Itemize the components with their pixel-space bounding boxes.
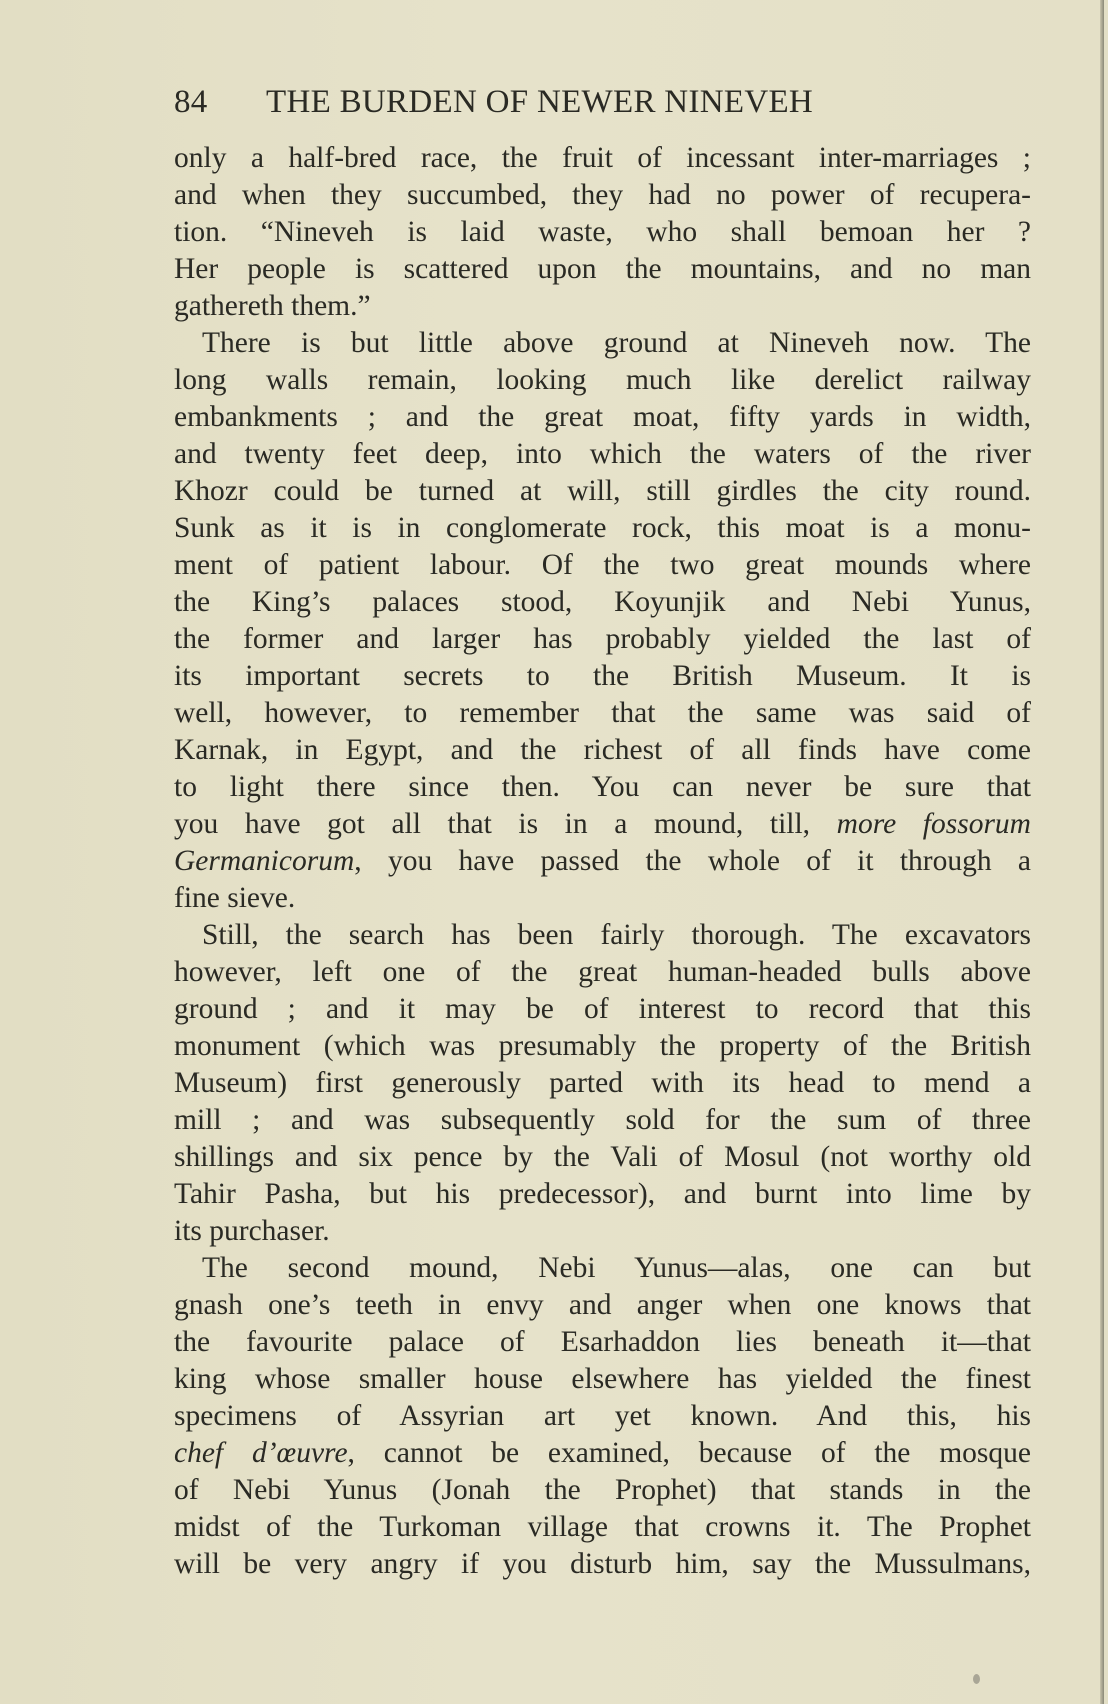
line-text: , you have passed the whole of it throug… [354, 845, 1031, 877]
text-line: its purchaser. [174, 1213, 1031, 1250]
text-line: you have got all that is in a mound, til… [174, 806, 1031, 843]
text-line: fine sieve. [174, 880, 1031, 917]
text-line: ground ; and it may be of interest to re… [174, 991, 1031, 1028]
page-edge [1100, 0, 1104, 1704]
italic-phrase: chef d’œuvre [174, 1437, 348, 1469]
text-line: and twenty feet deep, into which the wat… [174, 436, 1031, 473]
running-head: 84THE BURDEN OF NEWER NINEVEH [174, 80, 1034, 124]
text-line: the favourite palace of Esarhaddon lies … [174, 1324, 1031, 1361]
italic-phrase: more fossorum [837, 808, 1031, 840]
text-line: ment of patient labour. Of the two great… [174, 547, 1031, 584]
paragraph-start-line: The second mound, Nebi Yunus—alas, one c… [174, 1250, 1031, 1287]
text-line: its important secrets to the British Mus… [174, 658, 1031, 695]
text-line: the former and larger has probably yield… [174, 621, 1031, 658]
text-line: monument (which was presumably the prope… [174, 1028, 1031, 1065]
text-line: specimens of Assyrian art yet known. And… [174, 1398, 1031, 1435]
text-line: well, however, to remember that the same… [174, 695, 1031, 732]
text-line: will be very angry if you disturb him, s… [174, 1546, 1031, 1583]
text-line: king whose smaller house elsewhere has y… [174, 1361, 1031, 1398]
paragraph-start-line: There is but little above ground at Nine… [174, 325, 1031, 362]
text-line: however, left one of the great human-hea… [174, 954, 1031, 991]
line-text: you have got all that is in a mound, til… [174, 808, 837, 840]
text-line: only a half-bred race, the fruit of ince… [174, 140, 1031, 177]
text-line: mill ; and was subsequently sold for the… [174, 1102, 1031, 1139]
book-page: 84THE BURDEN OF NEWER NINEVEH only a hal… [0, 0, 1104, 1704]
paper-speck [973, 1674, 980, 1684]
text-line: Germanicorum, you have passed the whole … [174, 843, 1031, 880]
paragraph-start-line: Still, the search has been fairly thorou… [174, 917, 1031, 954]
text-line: and when they succumbed, they had no pow… [174, 177, 1031, 214]
page-number: 84 [174, 80, 266, 124]
text-line: long walls remain, looking much like der… [174, 362, 1031, 399]
text-line: Her people is scattered upon the mountai… [174, 251, 1031, 288]
text-line: gathereth them.” [174, 288, 1031, 325]
text-line: gnash one’s teeth in envy and anger when… [174, 1287, 1031, 1324]
text-line: Khozr could be turned at will, still gir… [174, 473, 1031, 510]
text-line: Tahir Pasha, but his predecessor), and b… [174, 1176, 1031, 1213]
running-title: THE BURDEN OF NEWER NINEVEH [266, 80, 813, 124]
text-line: shillings and six pence by the Vali of M… [174, 1139, 1031, 1176]
body-text: only a half-bred race, the fruit of ince… [174, 140, 1031, 1583]
text-line: the King’s palaces stood, Koyunjik and N… [174, 584, 1031, 621]
text-line: Sunk as it is in conglomerate rock, this… [174, 510, 1031, 547]
text-line: of Nebi Yunus (Jonah the Prophet) that s… [174, 1472, 1031, 1509]
line-text: , cannot be examined, because of the mos… [348, 1437, 1031, 1469]
text-line: Museum) first generously parted with its… [174, 1065, 1031, 1102]
italic-phrase: Germanicorum [174, 845, 354, 877]
text-line: tion. “Nineveh is laid waste, who shall … [174, 214, 1031, 251]
text-line: chef d’œuvre, cannot be examined, becaus… [174, 1435, 1031, 1472]
text-line: midst of the Turkoman village that crown… [174, 1509, 1031, 1546]
text-line: to light there since then. You can never… [174, 769, 1031, 806]
text-line: Karnak, in Egypt, and the richest of all… [174, 732, 1031, 769]
text-line: embankments ; and the great moat, fifty … [174, 399, 1031, 436]
